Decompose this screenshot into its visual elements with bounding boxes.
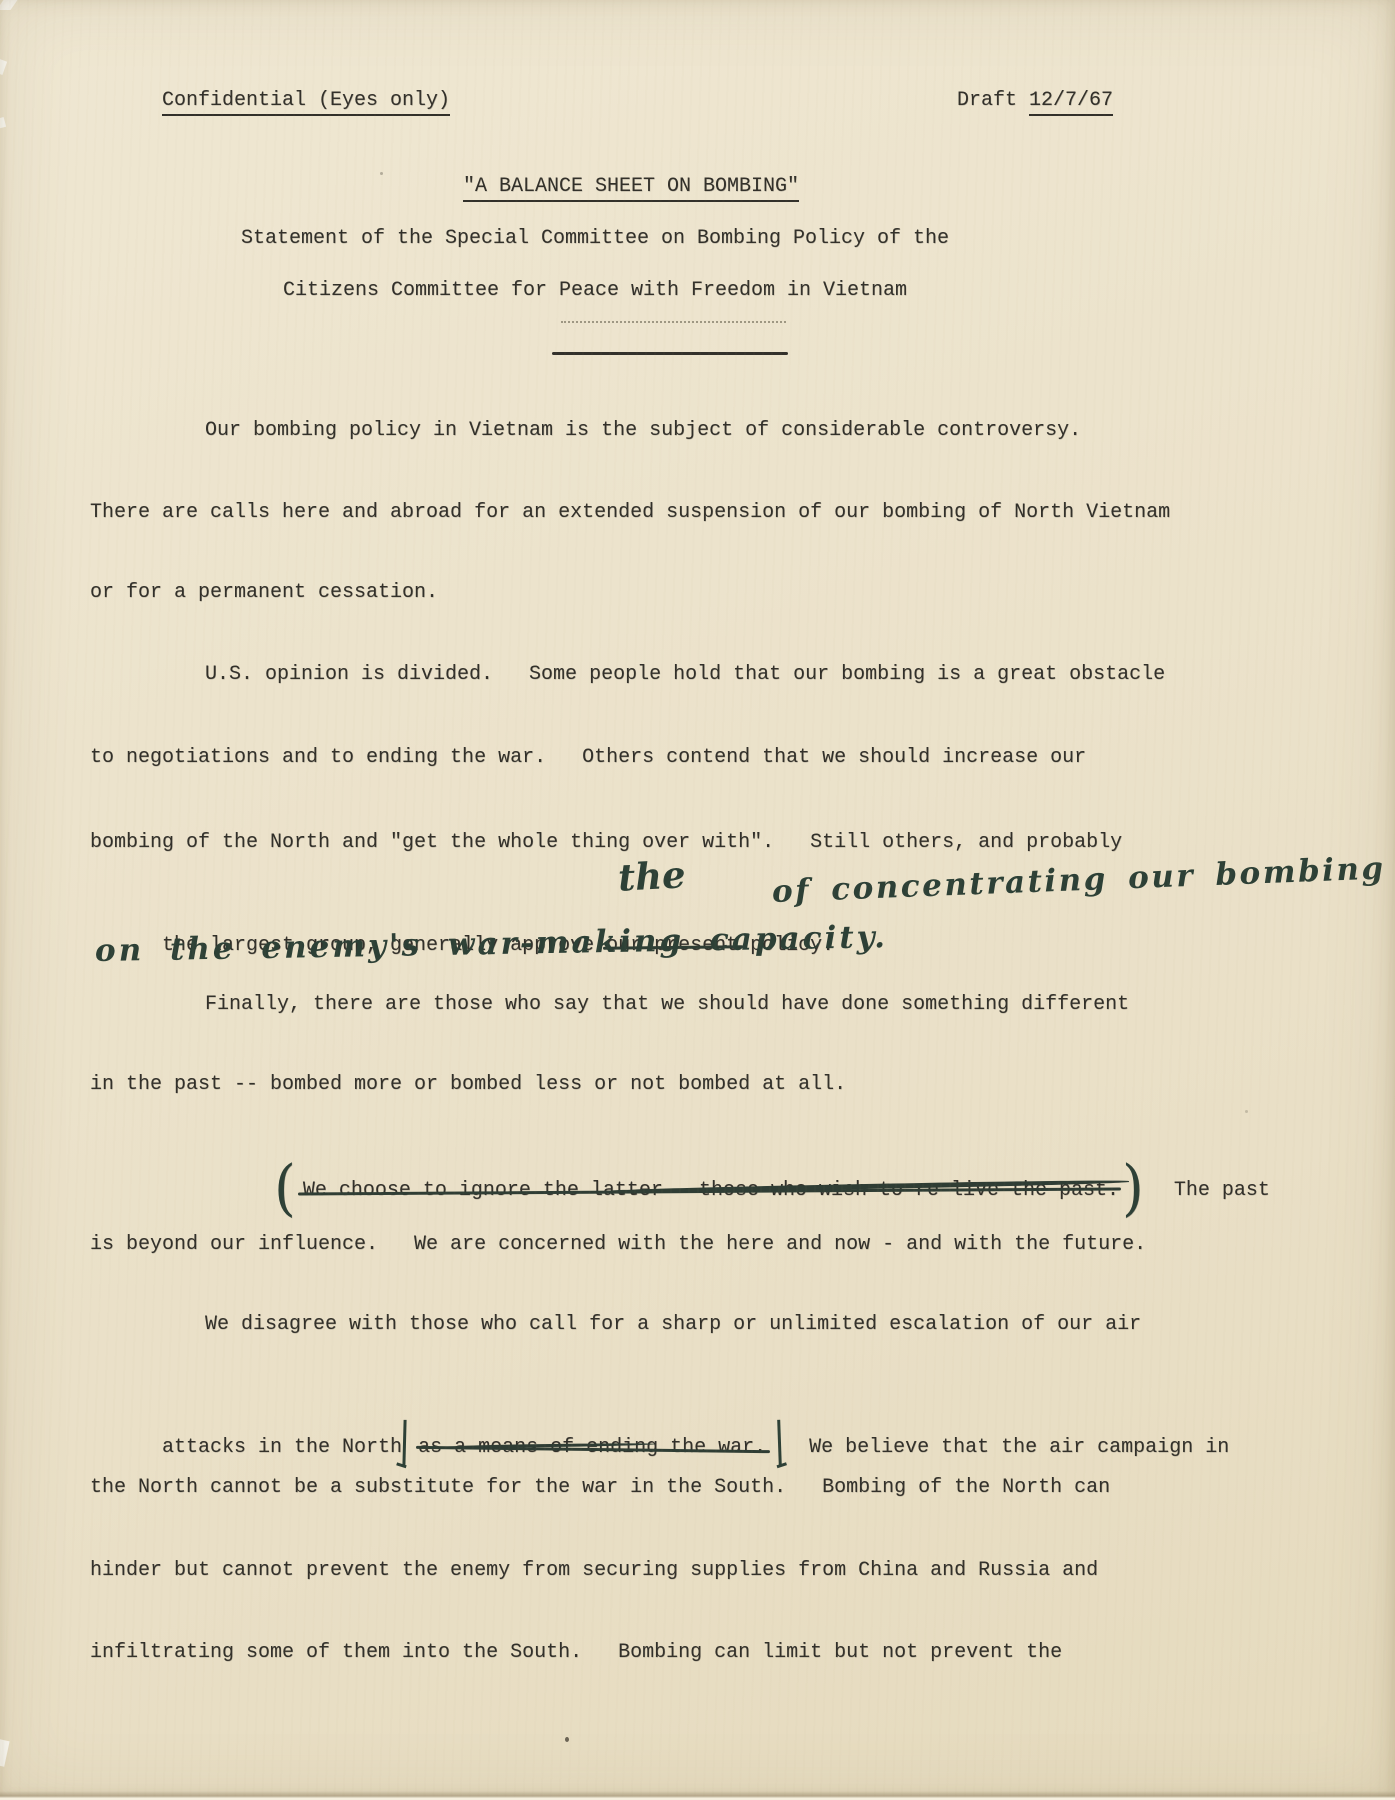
paper-edge-nick bbox=[0, 1739, 10, 1767]
separator-rule bbox=[552, 352, 788, 355]
typed-line-11: is beyond our influence. We are concerne… bbox=[90, 1232, 1146, 1258]
handwritten-insertion-line-1: of concentrating our bombing bbox=[771, 850, 1386, 910]
paper-vignette bbox=[0, 0, 1395, 1800]
paper-corner-nick bbox=[0, 0, 18, 10]
typed-line-5: to negotiations and to ending the war. O… bbox=[90, 745, 1086, 771]
handwritten-bracket-left bbox=[402, 1420, 416, 1466]
typed-line-1: Our bombing policy in Vietnam is the sub… bbox=[205, 418, 1081, 444]
typed-line-16: infiltrating some of them into the South… bbox=[90, 1640, 1062, 1666]
typed-line-9: in the past -- bombed more or bombed les… bbox=[90, 1072, 846, 1098]
typed-line-8: Finally, there are those who say that we… bbox=[205, 992, 1129, 1018]
paper-speck bbox=[1245, 1110, 1248, 1113]
paper-speck bbox=[380, 172, 383, 175]
typed-line-6: bombing of the North and "get the whole … bbox=[90, 830, 1122, 856]
handwritten-word-the: the bbox=[617, 852, 687, 899]
faint-dotted-rule bbox=[561, 321, 786, 323]
typed-line-3: or for a permanent cessation. bbox=[90, 580, 438, 606]
typed-line-14: the North cannot be a substitute for the… bbox=[90, 1475, 1110, 1501]
strikethrough-sentence: We choose to ignore the latter - those w… bbox=[303, 1179, 1119, 1202]
typed-line-12: We disagree with those who call for a sh… bbox=[205, 1312, 1141, 1338]
strikethrough-phrase: as a means of ending the war. bbox=[418, 1436, 766, 1459]
document-title: "A BALANCE SHEET ON BOMBING" bbox=[0, 148, 1190, 226]
typed-line-10: (We choose to ignore the latter - those … bbox=[202, 1152, 1270, 1230]
subtitle-line-2: Citizens Committee for Peace with Freedo… bbox=[0, 278, 1190, 304]
document-scan: Confidential (Eyes only) Draft 12/7/67 "… bbox=[0, 0, 1395, 1800]
page-bottom-edge bbox=[0, 1791, 1395, 1800]
paper-texture bbox=[0, 0, 1395, 1800]
paper-speck bbox=[565, 1737, 569, 1742]
paper-edge-nick bbox=[0, 117, 6, 129]
typed-line-2: There are calls here and abroad for an e… bbox=[90, 500, 1170, 526]
draft-label: Draft 12/7/67 bbox=[885, 62, 1113, 140]
paper-edge-nick bbox=[0, 59, 7, 75]
typed-line-4: U.S. opinion is divided. Some people hol… bbox=[205, 662, 1165, 688]
document-page: Confidential (Eyes only) Draft 12/7/67 "… bbox=[0, 0, 1395, 1800]
classification-text: Confidential (Eyes only) bbox=[162, 89, 450, 116]
subtitle-line-1: Statement of the Special Committee on Bo… bbox=[0, 226, 1190, 252]
draft-date: 12/7/67 bbox=[1029, 89, 1113, 116]
typed-line-15: hinder but cannot prevent the enemy from… bbox=[90, 1558, 1098, 1584]
classification-label: Confidential (Eyes only) bbox=[90, 62, 450, 140]
handwritten-bracket-right bbox=[767, 1420, 782, 1466]
